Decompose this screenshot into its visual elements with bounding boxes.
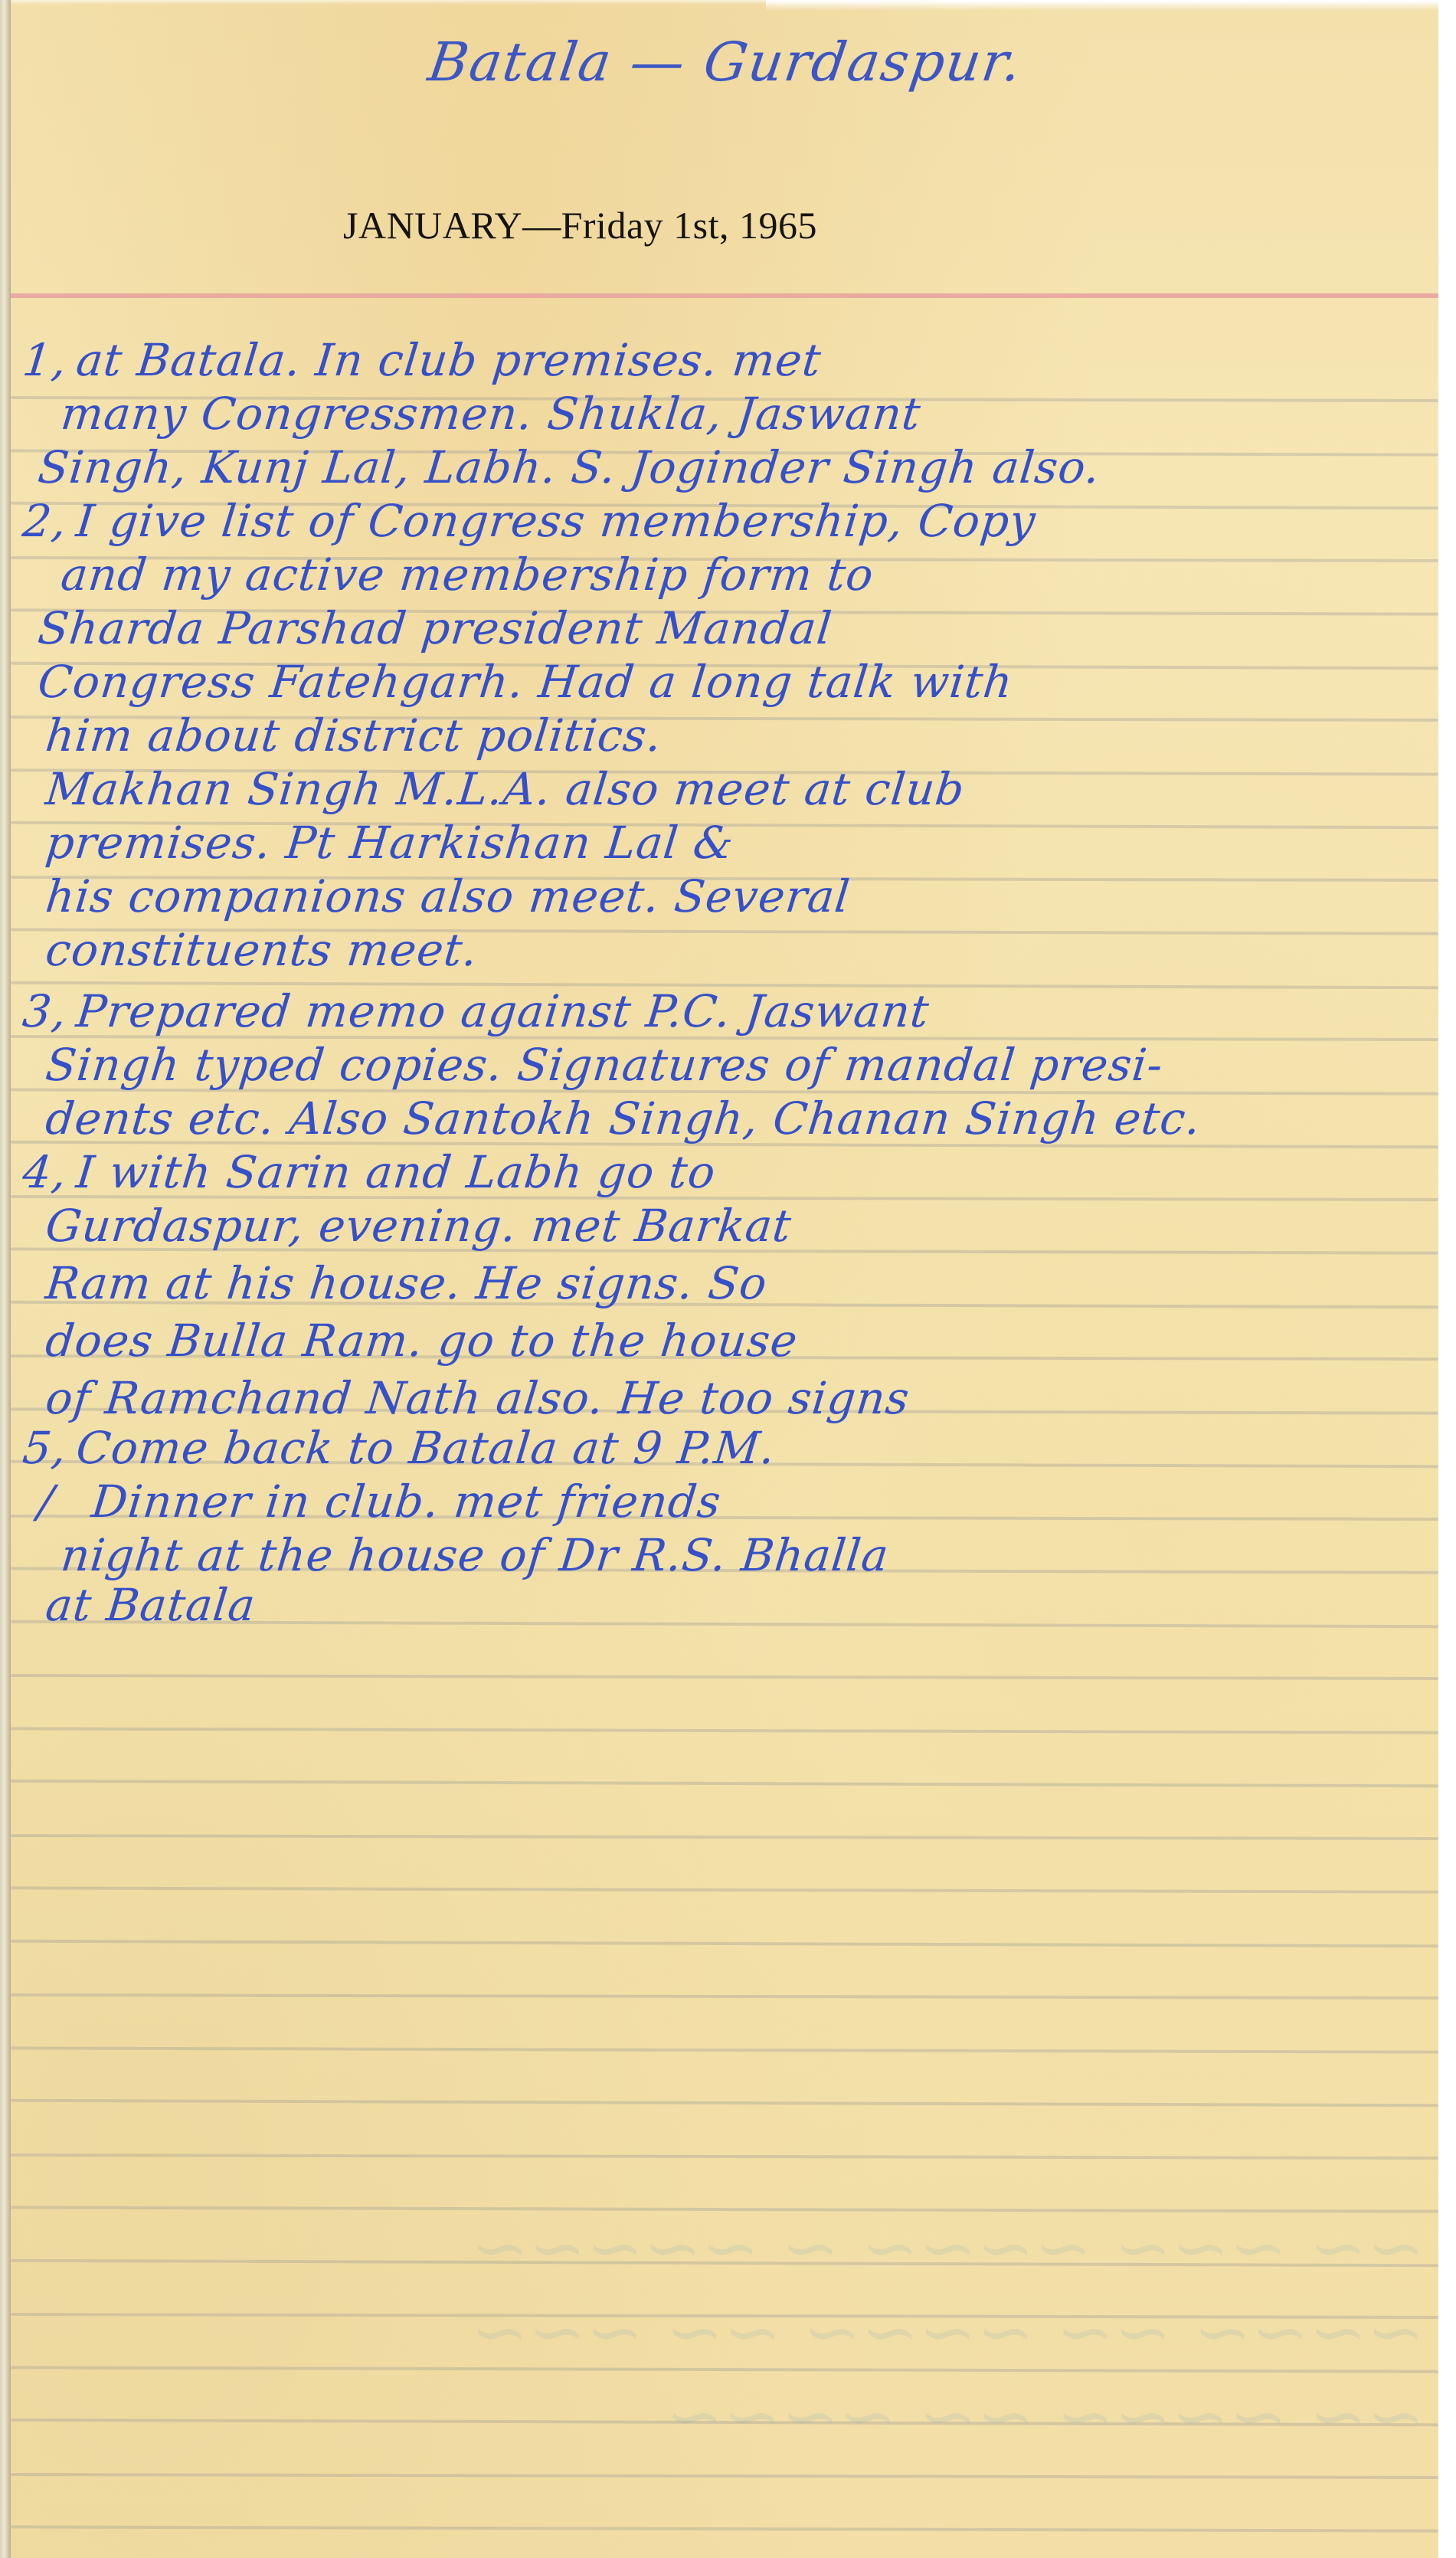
line-text: I give list of Congress membership, Copy [74, 495, 1038, 547]
line-text: constituents meet. [43, 924, 480, 976]
line-text: Come back to Batala at 9 P.M. [74, 1422, 777, 1474]
line-text: Prepared memo against P.C. Jaswant [74, 985, 931, 1037]
line-text: Ram at his house. He signs. So [43, 1257, 770, 1309]
scan-right-margin [1438, 0, 1456, 2558]
ruled-line [11, 2525, 1438, 2532]
ruled-line [11, 1834, 1438, 1840]
line-text: and my active membership form to [58, 549, 876, 601]
handwritten-line: 5,Come back to Batala at 9 P.M. [20, 1417, 779, 1479]
handwritten-line: Congress Fatehgarh. Had a long talk with [35, 651, 1016, 712]
handwritten-line: 1,at Batala. In club premises. met [20, 329, 825, 391]
item-number: / [35, 1471, 95, 1532]
item-number: 5, [20, 1417, 80, 1479]
handwritten-line: does Bulla Ram. go to the house [43, 1310, 801, 1371]
line-text: at Batala [43, 1579, 258, 1631]
line-text: of Ramchand Nath also. He too signs [43, 1372, 911, 1424]
handwritten-line: constituents meet. [43, 919, 481, 981]
handwritten-line: Sharda Parshad president Mandal [35, 598, 836, 659]
item-number: 1, [20, 329, 80, 391]
handwritten-line: Makhan Singh M.L.A. also meet at club [43, 758, 968, 820]
line-text: does Bulla Ram. go to the house [43, 1315, 800, 1367]
line-text: Singh typed copies. Signatures of mandal… [43, 1039, 1166, 1091]
ruled-line [11, 2046, 1438, 2053]
ruled-line [11, 2099, 1438, 2108]
ruled-line [11, 1727, 1438, 1734]
item-number: 4, [20, 1141, 80, 1203]
line-text: Sharda Parshad president Mandal [35, 602, 834, 654]
ruled-line [11, 1674, 1438, 1680]
line-text: Gurdaspur, evening. met Barkat [43, 1200, 793, 1252]
line-text: Dinner in club. met friends [89, 1476, 724, 1528]
handwritten-line: Singh, Kunj Lal, Labh. S. Joginder Singh… [35, 437, 1104, 498]
line-text: Congress Fatehgarh. Had a long talk with [35, 656, 1015, 708]
handwritten-line: 4,I with Sarin and Labh go to [20, 1141, 719, 1203]
diary-page: Batala — Gurdaspur. JANUARY—Friday 1st, … [0, 0, 1438, 2558]
handwritten-line: premises. Pt Harkishan Lal & [43, 812, 737, 873]
line-text: I with Sarin and Labh go to [74, 1146, 718, 1198]
line-text: Singh, Kunj Lal, Labh. S. Joginder Singh… [35, 441, 1102, 493]
line-text: dents etc. Also Santokh Singh, Chanan Si… [43, 1092, 1203, 1145]
ruled-line [11, 1993, 1438, 2000]
line-text: him about district politics. [43, 709, 664, 762]
handwritten-line: 3,Prepared memo against P.C. Jaswant [20, 981, 933, 1042]
bleed-through-text: ~~ ~~~ ~~~~ ~ ~~~~~ ~~~~ ~~ ~~~~ ~~ ~~~ … [46, 2206, 1425, 2513]
line-text: night at the house of Dr R.S. Bhalla [58, 1529, 892, 1581]
handwritten-line: Gurdaspur, evening. met Barkat [43, 1195, 795, 1256]
handwritten-line: his companions also meet. Several [43, 866, 853, 927]
page-top-edge [766, 0, 1455, 11]
line-text: Makhan Singh M.L.A. also meet at club [43, 763, 967, 815]
printed-date-heading: JANUARY—Friday 1st, 1965 [343, 203, 817, 247]
line-text: many Congressmen. Shukla, Jaswant [58, 388, 923, 440]
handwritten-line: dents etc. Also Santokh Singh, Chanan Si… [43, 1088, 1204, 1149]
ruled-line [11, 1886, 1438, 1893]
handwritten-line: and my active membership form to [58, 544, 877, 605]
handwritten-line: at Batala [43, 1574, 259, 1636]
handwritten-line: Ram at his house. He signs. So [43, 1253, 771, 1314]
place-heading: Batala — Gurdaspur. [424, 31, 1026, 93]
handwritten-line: /Dinner in club. met friends [35, 1471, 725, 1532]
handwritten-line: 2,I give list of Congress membership, Co… [20, 490, 1039, 552]
item-number: 2, [20, 490, 80, 552]
line-text: premises. Pt Harkishan Lal & [43, 817, 736, 869]
line-text: his companions also meet. Several [43, 870, 852, 922]
binding-edge [0, 0, 11, 2558]
handwritten-line: many Congressmen. Shukla, Jaswant [58, 383, 924, 444]
ruled-line [11, 1780, 1438, 1788]
ruled-line [11, 2154, 1438, 2160]
line-text: at Batala. In club premises. met [74, 334, 823, 386]
handwritten-line: Singh typed copies. Signatures of mandal… [43, 1034, 1166, 1096]
header-rule-divider [11, 293, 1438, 298]
ruled-line [11, 1940, 1438, 1948]
handwritten-line: him about district politics. [43, 705, 665, 766]
item-number: 3, [20, 981, 80, 1042]
